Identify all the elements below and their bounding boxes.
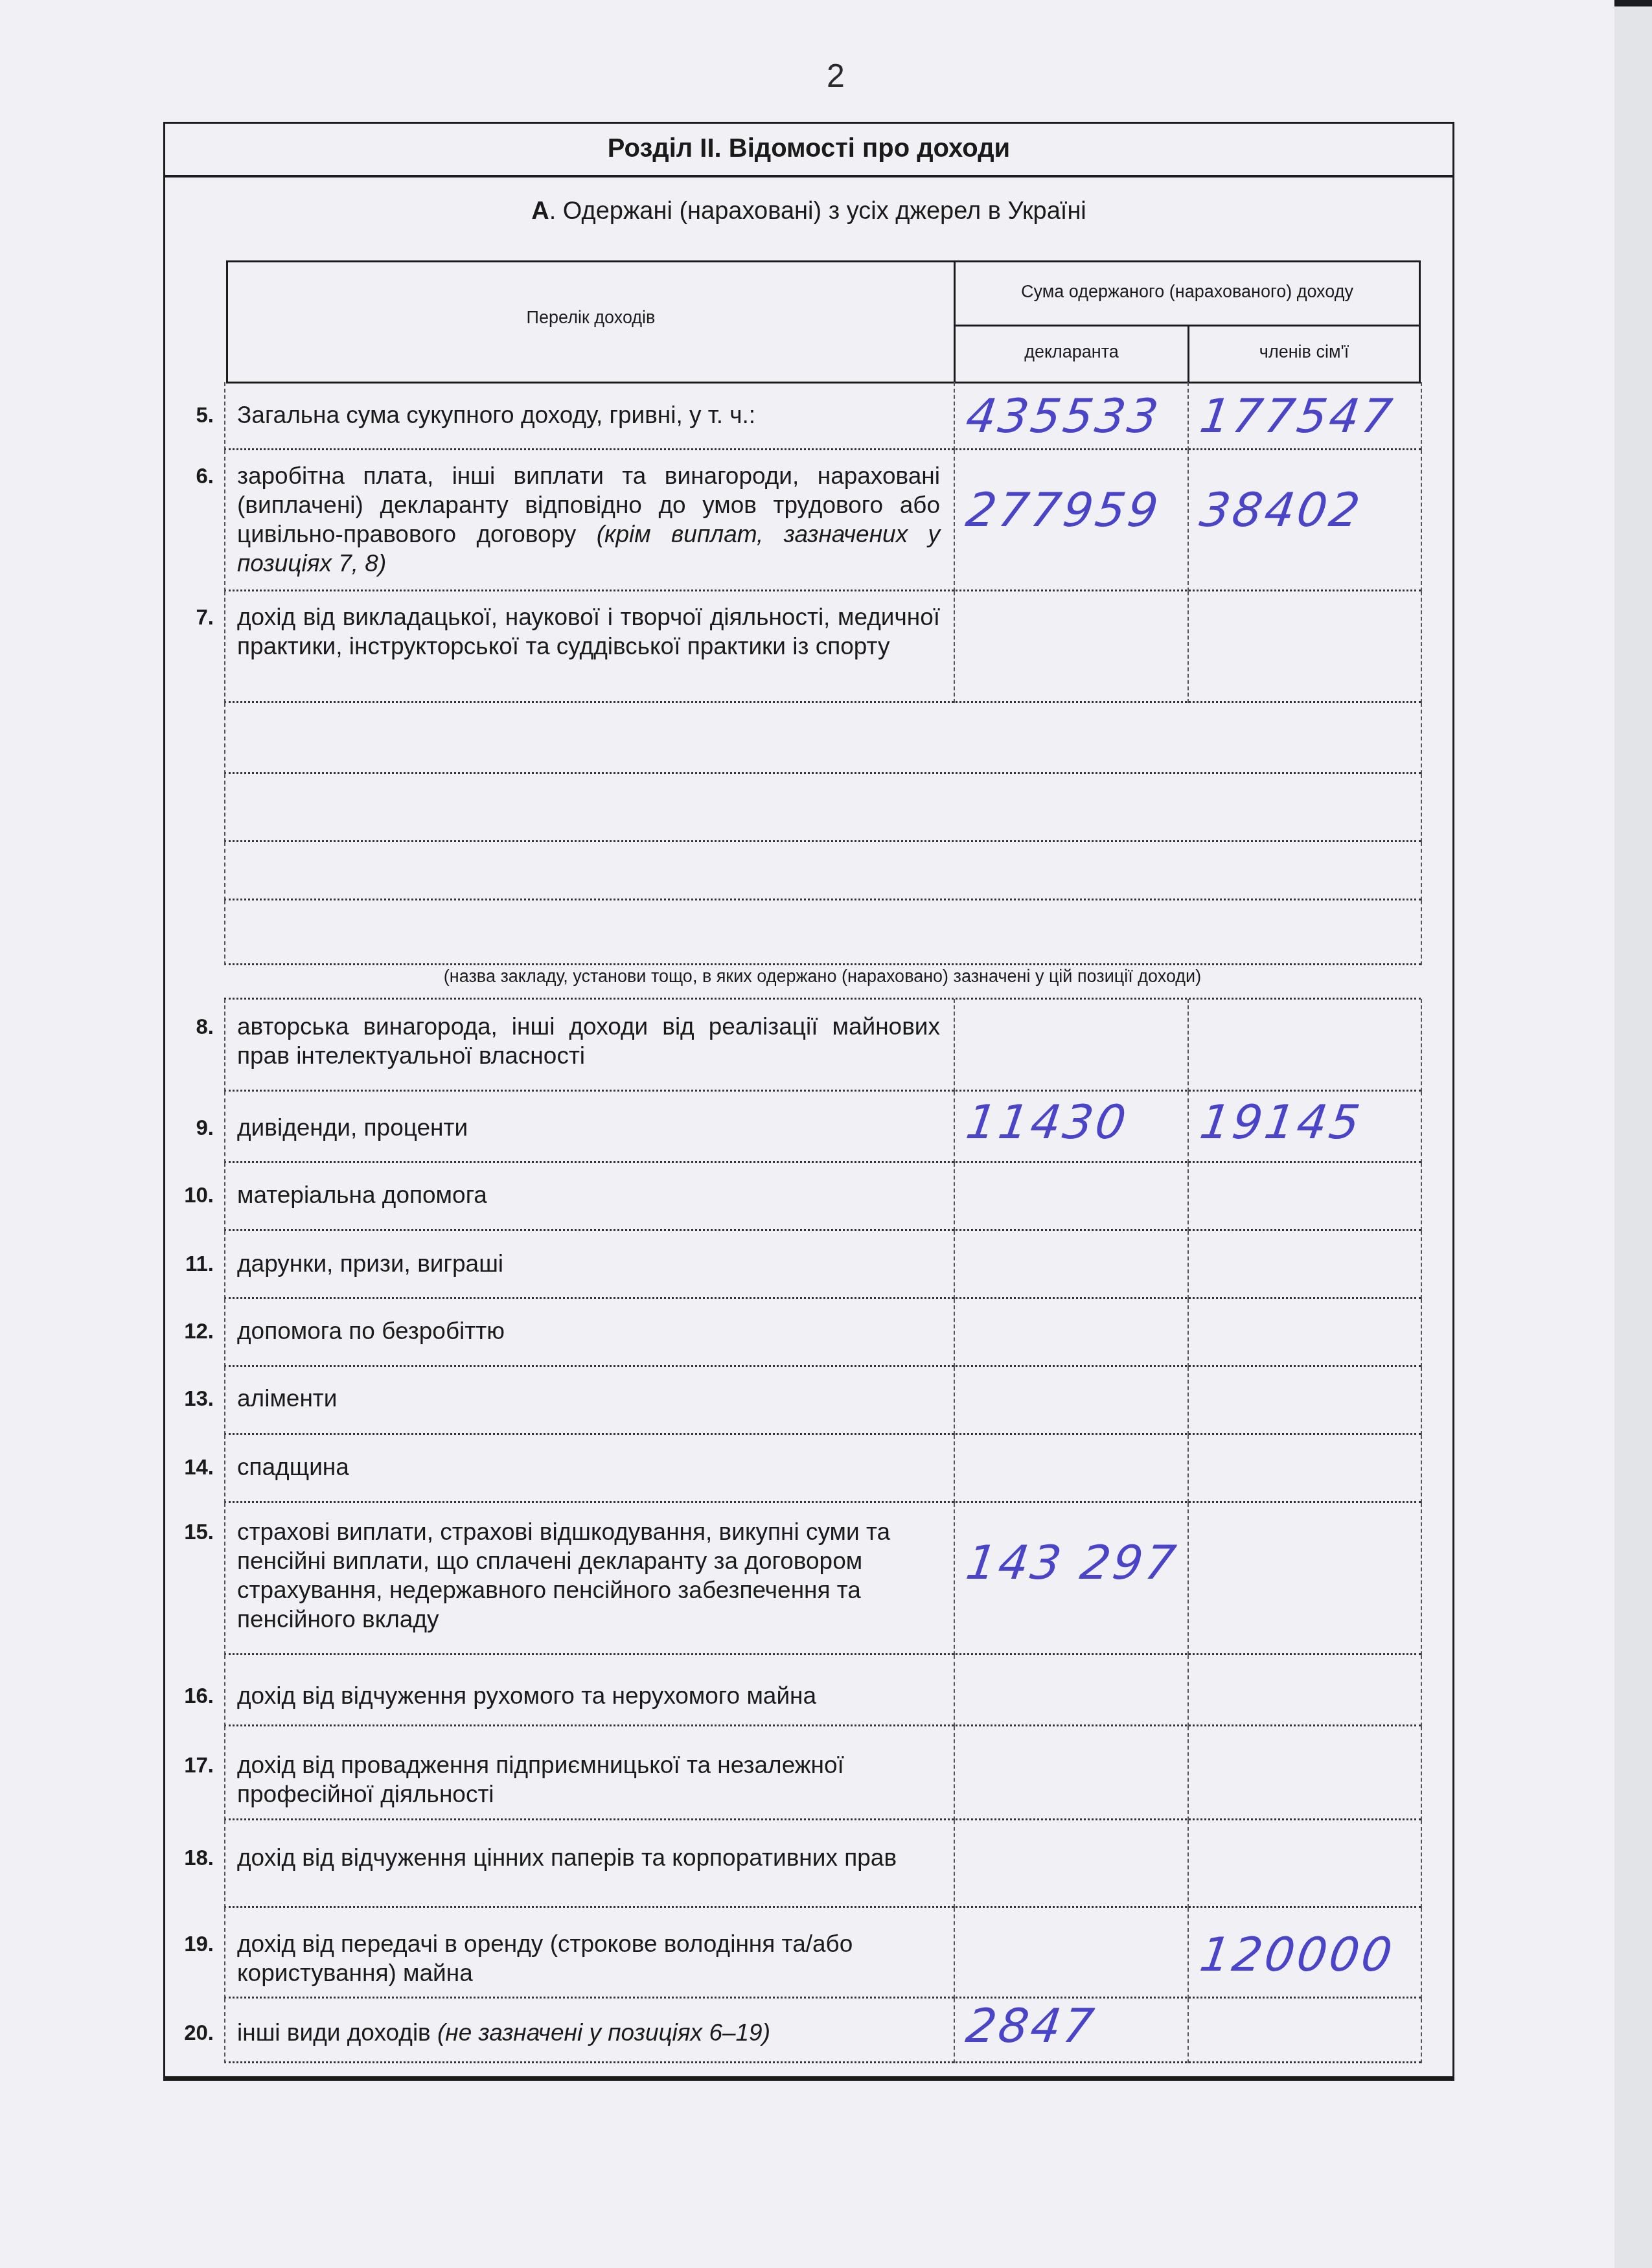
row-right-border <box>1421 999 1422 1092</box>
institution-note: (назва закладу, установи тощо, в яких од… <box>224 967 1421 987</box>
row-right-border <box>1421 1503 1422 1655</box>
row-label: допомога по безробіттю <box>237 1316 940 1346</box>
row-number: 13. <box>175 1386 214 1411</box>
col-divider-family <box>1187 1908 1189 1999</box>
row-left-border <box>224 999 225 1092</box>
col-divider-family <box>1187 1092 1189 1163</box>
row-right-border <box>1421 1163 1422 1231</box>
declarant-amount-field[interactable]: 11430 <box>963 1095 1185 1149</box>
row-number: 7. <box>175 605 214 630</box>
row-right-border <box>1421 703 1422 774</box>
row-number: 12. <box>175 1319 214 1344</box>
row-left-border <box>224 1367 225 1435</box>
col-divider-declarant <box>954 999 955 1092</box>
section-title: Розділ ІІ. Відомості про доходи <box>163 122 1454 178</box>
family-amount-field[interactable]: 38402 <box>1197 483 1418 537</box>
col-divider-family <box>1187 1299 1189 1367</box>
family-amount-field[interactable]: 177547 <box>1197 389 1418 443</box>
header-amount-label: Сума одержаного (нарахованого) доходу <box>954 282 1421 302</box>
row-right-border <box>1421 1299 1422 1367</box>
col-divider-family <box>1187 1726 1189 1820</box>
row-label: дивіденди, проценти <box>237 1113 940 1142</box>
institution-blank-row[interactable] <box>224 774 1421 842</box>
col-divider-declarant <box>954 591 955 703</box>
header-list-label: Перелік доходів <box>226 308 956 328</box>
row-left-border <box>224 1820 225 1908</box>
row-number: 15. <box>175 1520 214 1544</box>
row-number: 8. <box>175 1014 214 1039</box>
row-left-border <box>224 1092 225 1163</box>
row-number: 20. <box>175 2021 214 2045</box>
declarant-amount-field[interactable]: 435533 <box>963 389 1185 443</box>
row-label: заробітна плата, інші виплати та винагор… <box>237 461 940 578</box>
row-label: спадщина <box>237 1452 940 1482</box>
row-label: дохід від викладацької, наукової і творч… <box>237 602 940 661</box>
subsection-text: . Одержані (нараховані) з усіх джерел в … <box>549 198 1086 225</box>
col-divider-family <box>1187 450 1189 591</box>
row-left-border <box>224 842 225 900</box>
row-left-border <box>224 591 225 703</box>
row-label: аліменти <box>237 1384 940 1413</box>
col-divider-family <box>1187 1163 1189 1231</box>
family-amount-field[interactable]: 19145 <box>1197 1095 1418 1149</box>
row-label: дохід від провадження підприємницької та… <box>237 1750 940 1809</box>
header-family-label: членів сім'ї <box>1187 342 1421 362</box>
row-right-border <box>1421 382 1422 450</box>
row-left-border <box>224 703 225 774</box>
col-divider-family <box>1187 382 1189 450</box>
row-left-border <box>224 382 225 450</box>
row-number: 14. <box>175 1455 214 1480</box>
row-right-border <box>1421 1367 1422 1435</box>
row-label: авторська винагорода, інші доходи від ре… <box>237 1012 940 1070</box>
row-right-border <box>1421 1435 1422 1503</box>
institution-blank-row[interactable] <box>224 703 1421 774</box>
row-right-border <box>1421 900 1422 965</box>
row-number: 6. <box>175 464 214 488</box>
subsection-title: А. Одержані (нараховані) з усіх джерел в… <box>163 198 1454 225</box>
row-right-border <box>1421 1999 1422 2063</box>
row-left-border <box>224 450 225 591</box>
institution-blank-row[interactable] <box>224 900 1421 965</box>
row-left-border <box>224 1163 225 1231</box>
row-label: дохід від передачі в оренду (строкове во… <box>237 1929 940 1987</box>
row-right-border <box>1421 1231 1422 1299</box>
col-divider-declarant <box>954 1299 955 1367</box>
row-left-border <box>224 1503 225 1655</box>
col-divider-family <box>1187 1820 1189 1908</box>
section-bottom-rule <box>163 2076 1454 2080</box>
col-divider-declarant <box>954 1908 955 1999</box>
subsection-letter: А <box>531 198 549 225</box>
row-label: дохід від відчуження рухомого та нерухом… <box>237 1681 940 1710</box>
page-number: 2 <box>823 57 849 95</box>
row-number: 18. <box>175 1846 214 1870</box>
col-divider-declarant <box>954 450 955 591</box>
col-divider-declarant <box>954 382 955 450</box>
col-divider-declarant <box>954 1367 955 1435</box>
header-declarant-label: декларанта <box>954 342 1189 362</box>
row-left-border <box>224 1231 225 1299</box>
col-divider-family <box>1187 591 1189 703</box>
col-divider-family <box>1187 1367 1189 1435</box>
row-number: 17. <box>175 1753 214 1778</box>
declarant-amount-field[interactable]: 277959 <box>963 483 1185 537</box>
scanner-edge <box>1614 0 1652 2268</box>
col-divider-family <box>1187 1655 1189 1726</box>
row-number: 19. <box>175 1932 214 1956</box>
row-left-border <box>224 1999 225 2063</box>
col-divider-declarant <box>954 1092 955 1163</box>
row-number: 5. <box>175 403 214 428</box>
col-divider-declarant <box>954 1503 955 1655</box>
col-divider-family <box>1187 1435 1189 1503</box>
row-label: Загальна сума сукупного доходу, гривні, … <box>237 400 940 430</box>
row-left-border <box>224 1435 225 1503</box>
declarant-amount-field[interactable]: 143 297 <box>963 1535 1185 1590</box>
row-right-border <box>1421 842 1422 900</box>
family-amount-field[interactable]: 120000 <box>1197 1927 1418 1982</box>
row-left-border <box>224 1655 225 1726</box>
col-divider-family <box>1187 1503 1189 1655</box>
scanner-edge-dark <box>1614 0 1652 6</box>
row-number: 9. <box>175 1116 214 1140</box>
row-label-italic: (не зазначені у позиціях 6–19) <box>437 2019 770 2046</box>
row-left-border <box>224 1908 225 1999</box>
row-left-border <box>224 1299 225 1367</box>
row-right-border <box>1421 1820 1422 1908</box>
row-right-border <box>1421 774 1422 842</box>
row-left-border <box>224 1726 225 1820</box>
row-number: 11. <box>175 1252 214 1276</box>
row-right-border <box>1421 1908 1422 1999</box>
row-label: дарунки, призи, виграші <box>237 1249 940 1278</box>
row-number: 10. <box>175 1183 214 1208</box>
row-label: дохід від відчуження цінних паперів та к… <box>237 1843 940 1872</box>
row-label: матеріальна допомога <box>237 1180 940 1209</box>
row-label: страхові виплати, страхові відшкодування… <box>237 1517 940 1634</box>
col-divider-declarant <box>954 1655 955 1726</box>
col-divider-family <box>1187 999 1189 1092</box>
declarant-amount-field[interactable]: 2847 <box>963 1999 1185 2053</box>
col-divider-family <box>1187 1999 1189 2063</box>
col-divider-declarant <box>954 1726 955 1820</box>
row-left-border <box>224 774 225 842</box>
col-divider-declarant <box>954 1999 955 2063</box>
col-divider-declarant <box>954 1163 955 1231</box>
col-divider-declarant <box>954 1820 955 1908</box>
row-label: інші види доходів (не зазначені у позиці… <box>237 2018 940 2047</box>
col-divider-declarant <box>954 1231 955 1299</box>
row-right-border <box>1421 591 1422 703</box>
row-right-border <box>1421 1092 1422 1163</box>
row-left-border <box>224 900 225 965</box>
institution-blank-row[interactable] <box>224 842 1421 900</box>
col-divider-declarant <box>954 1435 955 1503</box>
row-right-border <box>1421 1726 1422 1820</box>
row-right-border <box>1421 450 1422 591</box>
col-divider-family <box>1187 1231 1189 1299</box>
row-right-border <box>1421 1655 1422 1726</box>
row-number: 16. <box>175 1684 214 1708</box>
row-label-italic: (крім виплат, зазначених у позиціях 7, 8… <box>237 521 940 577</box>
